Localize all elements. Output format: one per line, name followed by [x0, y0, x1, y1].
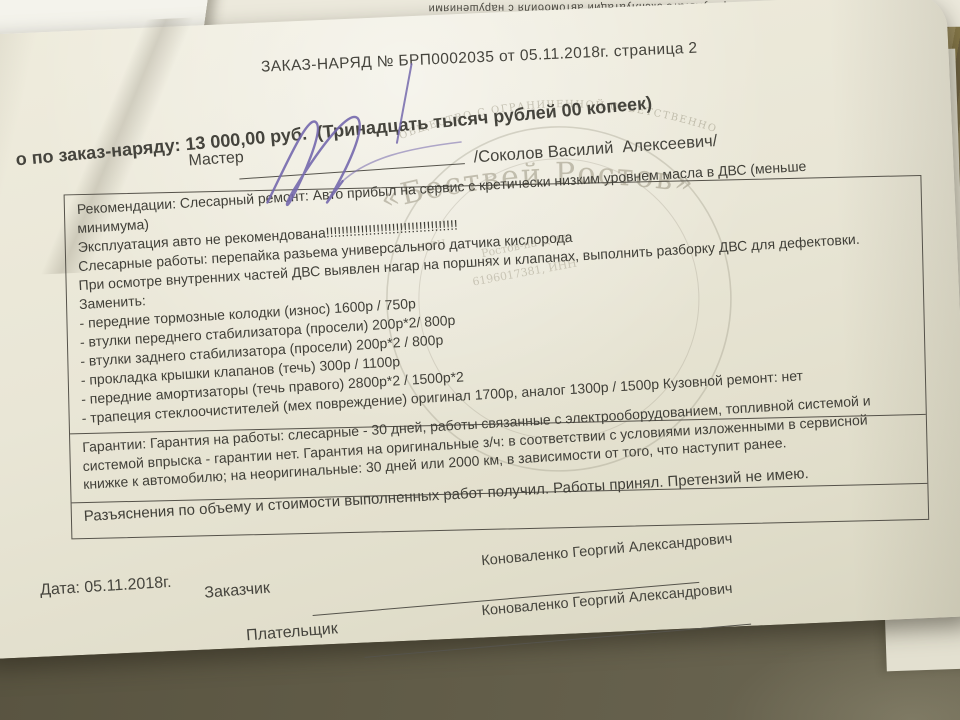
work-order-page: ОБЩЕСТВО С ОГРАНИЧЕННОЙ ОТВЕТСТВЕННОСТЬЮ… — [0, 0, 960, 659]
payer-signature-line — [364, 624, 751, 659]
signature-stroke — [264, 117, 363, 206]
date-label: Дата: 05.11.2018г. — [40, 574, 172, 600]
payer-label: Плательщик — [246, 620, 339, 645]
master-signature — [253, 53, 480, 222]
master-label: Мастер — [188, 149, 244, 171]
customer-name: Коноваленко Георгий Александрович — [481, 531, 733, 569]
customer-label: Заказчик — [204, 580, 271, 603]
work-order-table: Рекомендации: Слесарный ремонт: Авто при… — [64, 175, 930, 539]
payer-name: Коноваленко Георгий Александрович — [481, 581, 733, 619]
